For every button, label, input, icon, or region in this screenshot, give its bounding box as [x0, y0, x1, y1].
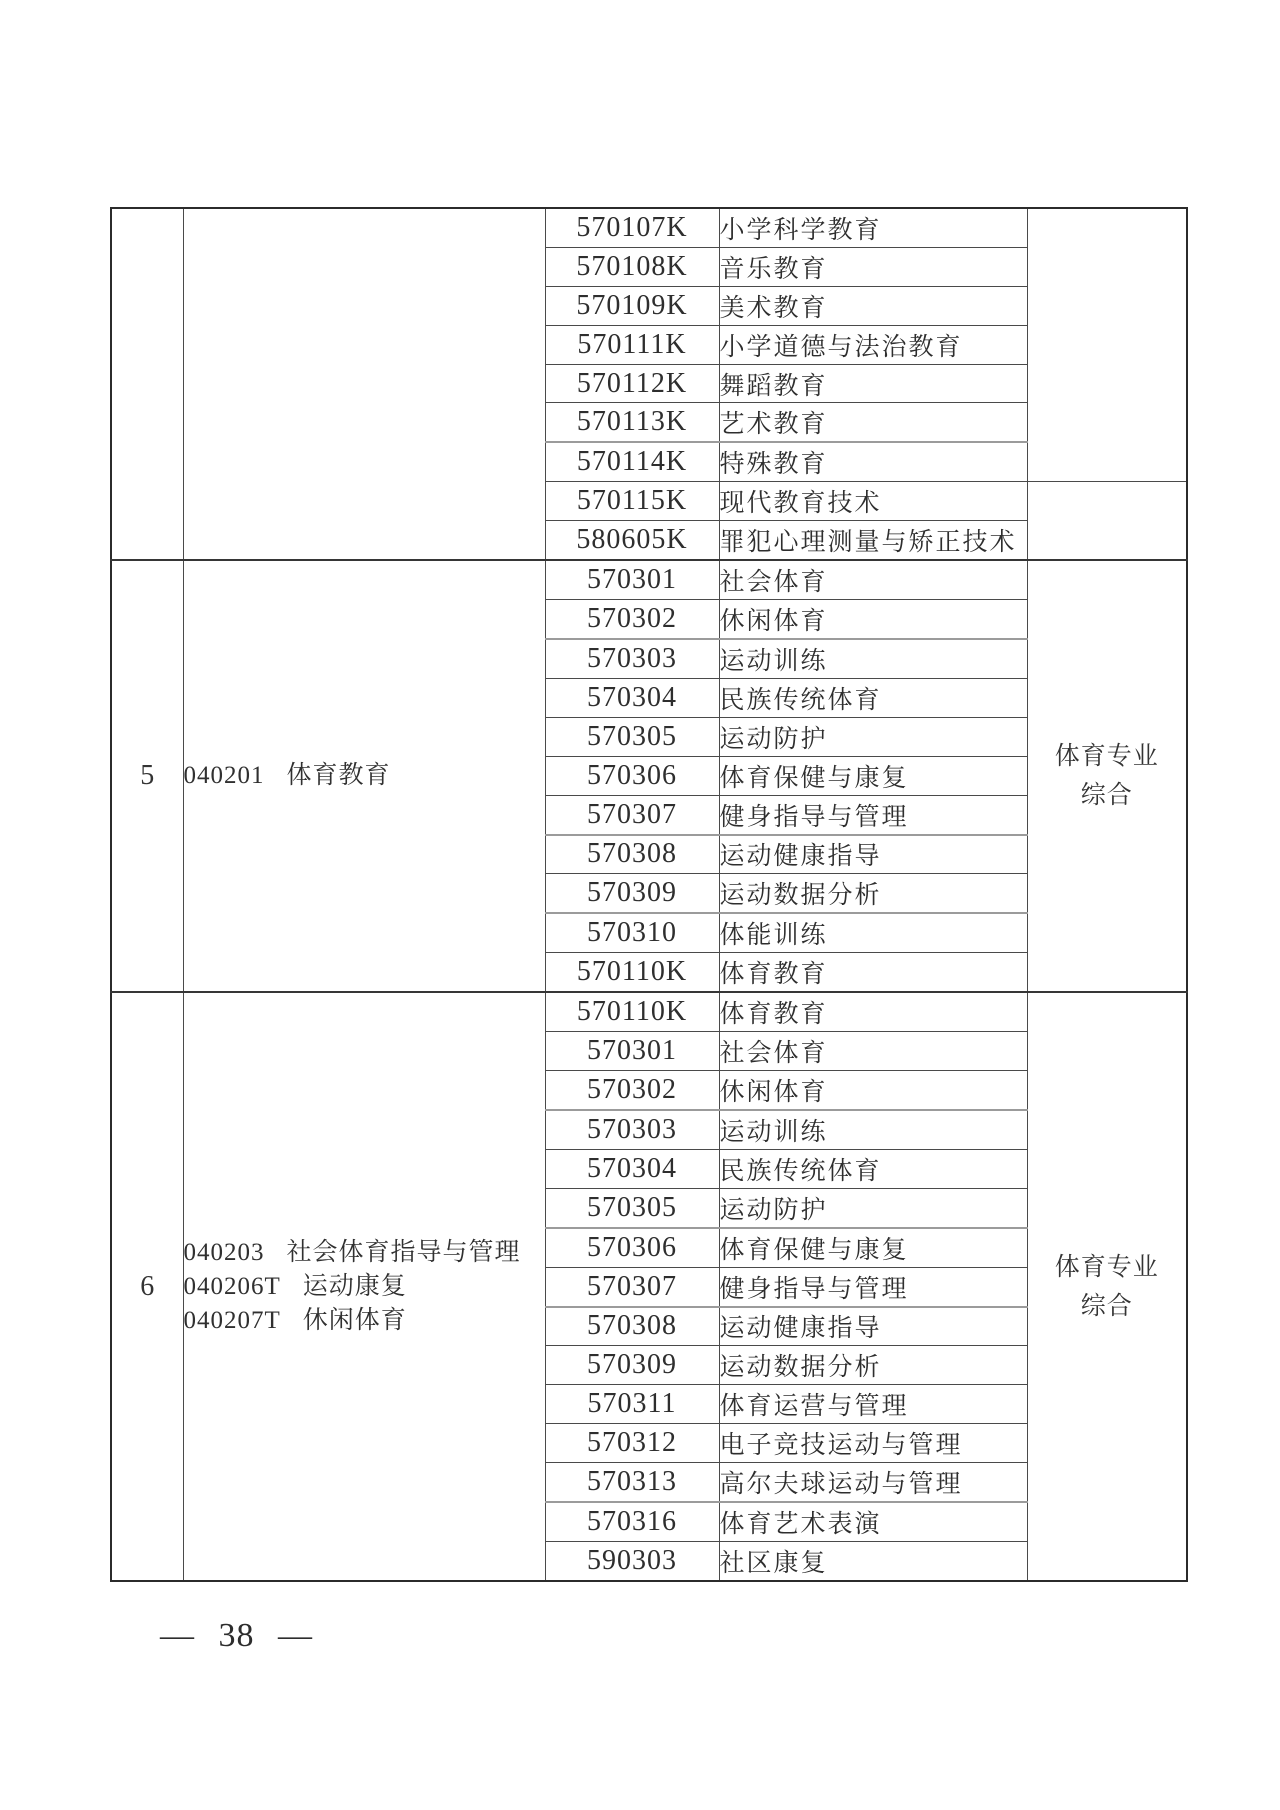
bachelor-majors-cell: 040203社会体育指导与管理040206T运动康复040207T休闲体育 — [183, 992, 545, 1581]
vocational-code-cell: 580605K — [545, 521, 719, 560]
major-row: 6040203社会体育指导与管理040206T运动康复040207T休闲体育57… — [111, 992, 1187, 1031]
vocational-name-cell: 民族传统体育 — [719, 1149, 1027, 1188]
vocational-code-cell: 570310 — [545, 913, 719, 952]
vocational-code-cell: 570107K — [545, 208, 719, 247]
vocational-name-cell: 社区康复 — [719, 1541, 1027, 1581]
vocational-code-cell: 570309 — [545, 1346, 719, 1385]
bachelor-major-code: 040203 — [184, 1239, 265, 1266]
vocational-name-cell: 体育教育 — [719, 992, 1027, 1031]
vocational-name-cell: 体育运营与管理 — [719, 1385, 1027, 1424]
vocational-name-cell: 小学道德与法治教育 — [719, 325, 1027, 364]
vocational-name-cell: 小学科学教育 — [719, 208, 1027, 247]
exam-subject-cell: 体育专业综合 — [1027, 992, 1187, 1581]
vocational-code-cell: 590303 — [545, 1541, 719, 1581]
bachelor-major-code: 040206T — [184, 1273, 281, 1300]
vocational-name-cell: 民族传统体育 — [719, 678, 1027, 717]
vocational-name-cell: 高尔夫球运动与管理 — [719, 1463, 1027, 1502]
vocational-code-cell: 570306 — [545, 1228, 719, 1267]
vocational-name-cell: 体育教育 — [719, 953, 1027, 992]
vocational-name-cell: 体能训练 — [719, 913, 1027, 952]
sequence-cell: 5 — [111, 560, 183, 992]
vocational-code-cell: 570111K — [545, 325, 719, 364]
major-row: 570107K小学科学教育 — [111, 208, 1187, 247]
bachelor-major-code: 040201 — [184, 762, 265, 789]
vocational-code-cell: 570307 — [545, 795, 719, 834]
exam-subject-line: 体育专业 — [1028, 1248, 1187, 1287]
bachelor-majors-cell: 040201体育教育 — [183, 560, 545, 992]
sequence-cell — [111, 208, 183, 560]
vocational-code-cell: 570311 — [545, 1385, 719, 1424]
vocational-name-cell: 休闲体育 — [719, 1071, 1027, 1110]
vocational-code-cell: 570302 — [545, 1071, 719, 1110]
vocational-name-cell: 健身指导与管理 — [719, 1267, 1027, 1306]
bachelor-major-line: 040201体育教育 — [184, 759, 545, 793]
exam-subject-line: 综合 — [1028, 1287, 1187, 1326]
bachelor-majors-cell — [183, 208, 545, 560]
bachelor-major-name: 运动康复 — [303, 1273, 407, 1300]
major-row: 5040201体育教育570301社会体育体育专业综合 — [111, 560, 1187, 599]
vocational-name-cell: 运动防护 — [719, 717, 1027, 756]
exam-subject-cell — [1027, 482, 1187, 560]
vocational-code-cell: 570305 — [545, 717, 719, 756]
majors-table-body: 570107K小学科学教育570108K音乐教育570109K美术教育57011… — [111, 208, 1187, 1581]
vocational-code-cell: 570303 — [545, 1110, 719, 1149]
page-number: — 38 — — [160, 1617, 313, 1655]
vocational-code-cell: 570109K — [545, 286, 719, 325]
vocational-code-cell: 570302 — [545, 600, 719, 639]
vocational-code-cell: 570312 — [545, 1424, 719, 1463]
vocational-name-cell: 特殊教育 — [719, 442, 1027, 481]
vocational-name-cell: 休闲体育 — [719, 600, 1027, 639]
bachelor-major-name: 休闲体育 — [303, 1307, 407, 1334]
vocational-name-cell: 运动防护 — [719, 1188, 1027, 1227]
vocational-code-cell: 570301 — [545, 560, 719, 599]
vocational-name-cell: 运动健康指导 — [719, 835, 1027, 874]
vocational-name-cell: 运动健康指导 — [719, 1307, 1027, 1346]
vocational-code-cell: 570110K — [545, 953, 719, 992]
document-page: 570107K小学科学教育570108K音乐教育570109K美术教育57011… — [0, 0, 1280, 1810]
bachelor-major-line: 040206T运动康复 — [184, 1270, 545, 1304]
bachelor-major-line: 040203社会体育指导与管理 — [184, 1236, 545, 1270]
vocational-name-cell: 罪犯心理测量与矫正技术 — [719, 521, 1027, 560]
vocational-name-cell: 社会体育 — [719, 1032, 1027, 1071]
vocational-code-cell: 570303 — [545, 639, 719, 678]
vocational-code-cell: 570110K — [545, 992, 719, 1031]
vocational-code-cell: 570316 — [545, 1502, 719, 1541]
vocational-name-cell: 音乐教育 — [719, 247, 1027, 286]
vocational-name-cell: 体育保健与康复 — [719, 756, 1027, 795]
vocational-code-cell: 570304 — [545, 1149, 719, 1188]
vocational-name-cell: 体育保健与康复 — [719, 1228, 1027, 1267]
vocational-name-cell: 运动数据分析 — [719, 874, 1027, 913]
exam-subject-cell: 体育专业综合 — [1027, 560, 1187, 992]
vocational-code-cell: 570308 — [545, 1307, 719, 1346]
vocational-name-cell: 体育艺术表演 — [719, 1502, 1027, 1541]
sequence-cell: 6 — [111, 992, 183, 1581]
exam-subject-cell — [1027, 208, 1187, 482]
vocational-code-cell: 570114K — [545, 442, 719, 481]
vocational-code-cell: 570313 — [545, 1463, 719, 1502]
vocational-name-cell: 健身指导与管理 — [719, 795, 1027, 834]
vocational-code-cell: 570115K — [545, 482, 719, 521]
vocational-code-cell: 570113K — [545, 403, 719, 442]
vocational-code-cell: 570309 — [545, 874, 719, 913]
bachelor-major-name: 体育教育 — [287, 762, 391, 789]
vocational-code-cell: 570307 — [545, 1267, 719, 1306]
vocational-name-cell: 艺术教育 — [719, 403, 1027, 442]
vocational-code-cell: 570304 — [545, 678, 719, 717]
vocational-code-cell: 570308 — [545, 835, 719, 874]
vocational-code-cell: 570306 — [545, 756, 719, 795]
vocational-name-cell: 运动训练 — [719, 1110, 1027, 1149]
vocational-code-cell: 570305 — [545, 1188, 719, 1227]
vocational-name-cell: 现代教育技术 — [719, 482, 1027, 521]
exam-subject-line: 综合 — [1028, 776, 1187, 815]
vocational-name-cell: 运动训练 — [719, 639, 1027, 678]
vocational-code-cell: 570112K — [545, 364, 719, 403]
vocational-name-cell: 美术教育 — [719, 286, 1027, 325]
vocational-code-cell: 570301 — [545, 1032, 719, 1071]
bachelor-major-code: 040207T — [184, 1307, 281, 1334]
majors-table: 570107K小学科学教育570108K音乐教育570109K美术教育57011… — [110, 207, 1188, 1582]
vocational-code-cell: 570108K — [545, 247, 719, 286]
vocational-name-cell: 运动数据分析 — [719, 1346, 1027, 1385]
bachelor-major-name: 社会体育指导与管理 — [287, 1239, 521, 1266]
bachelor-major-line: 040207T休闲体育 — [184, 1304, 545, 1338]
vocational-name-cell: 社会体育 — [719, 560, 1027, 599]
vocational-name-cell: 舞蹈教育 — [719, 364, 1027, 403]
vocational-name-cell: 电子竞技运动与管理 — [719, 1424, 1027, 1463]
exam-subject-line: 体育专业 — [1028, 737, 1187, 776]
